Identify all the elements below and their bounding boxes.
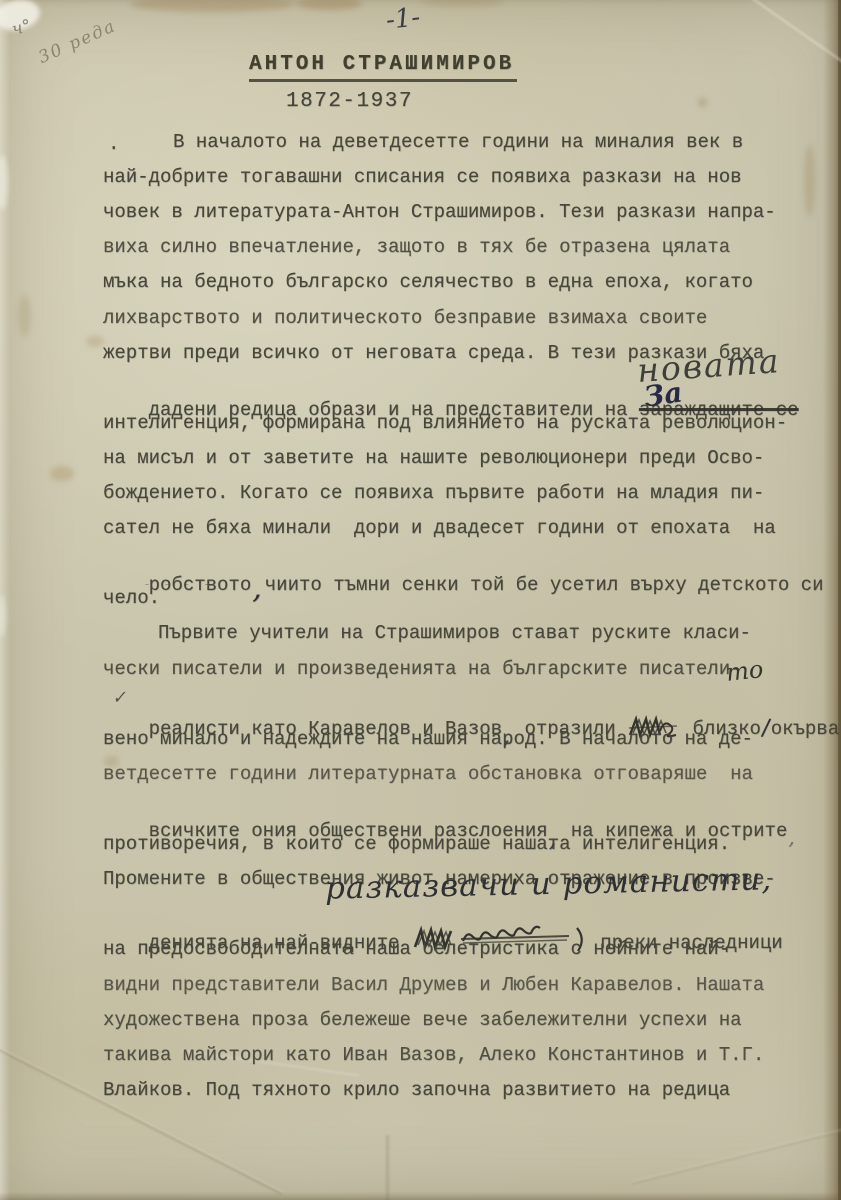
paper-crease: [632, 1117, 841, 1184]
typed-line: ветдесетте години литературната обстанов…: [103, 763, 753, 785]
pencil-note-mark: ч°: [10, 16, 34, 40]
typed-line: видни представители Васил Друмев и Любен…: [103, 974, 764, 996]
typed-line: сател не бяха минали дори и двадесет год…: [103, 517, 776, 539]
erased-marks: - - - -: [145, 577, 215, 591]
paper-crease: [386, 1135, 389, 1200]
inserted-comma-faint: ,: [788, 825, 794, 849]
typed-line: човек в литературата-Антон Страшимиров. …: [103, 201, 776, 223]
inserted-comma: ,: [252, 571, 262, 606]
title-years: 1872-1937: [286, 90, 413, 113]
handwritten-correction-to: то: [725, 655, 765, 687]
typed-line: бождението. Когато се появиха първите ра…: [103, 482, 764, 504]
typed-line: виха силно впечатление, защото в тях бе …: [103, 236, 730, 258]
paper-edge-bottom: [0, 1192, 841, 1200]
typed-line: лихварството и политическото безправие в…: [103, 307, 707, 329]
document-page: ч° 30 реда -1- АНТОН СТРАШИМИРОВ 1872-19…: [0, 0, 841, 1200]
paper-stain: [296, 0, 362, 10]
typed-line: Влайков. Под тяхното крило започна разви…: [103, 1079, 730, 1101]
paper-stain: [698, 98, 707, 107]
document-title: АНТОН СТРАШИМИРОВ: [249, 53, 517, 82]
paper-stain: [804, 145, 815, 217]
typed-line: интелигенция, формирана под влиянието на…: [103, 412, 787, 434]
paper-stain: [420, 0, 504, 7]
page-number: -1-: [385, 2, 422, 35]
paper-tear: [0, 595, 6, 637]
paper-crease: [706, 0, 841, 88]
typed-line: на предосвободителната наша белетристика…: [103, 938, 730, 960]
typed-period: .: [108, 133, 119, 155]
typed-line: на мисъл и от заветите на нашите революц…: [103, 447, 764, 469]
typed-line: чески писатели и произведенията на бълга…: [103, 658, 742, 680]
pencil-margin-note: 30 реда: [36, 16, 120, 68]
typed-line: такива майстори като Иван Вазов, Алеко К…: [103, 1044, 764, 1066]
paper-stain: [130, 0, 295, 12]
margin-check-mark: ✓: [111, 687, 127, 708]
paper-stain: [86, 336, 104, 347]
typed-text: чиито тъмни сенки той бе усетил върху де…: [265, 574, 824, 596]
typed-line: най-добрите тогавашни списания се появих…: [103, 166, 742, 188]
typed-line: В началото на деветдесетте години на мин…: [173, 131, 743, 153]
handwritten-correction-za: За: [642, 375, 685, 413]
paper-edge-left: [0, 0, 10, 1200]
paper-edge-right: [823, 0, 841, 1200]
paper-stain: [50, 466, 74, 481]
typed-line: вено минало и надеждите на нашия народ. …: [103, 728, 753, 750]
typed-line: противоречия, в които се формираше нашат…: [103, 833, 730, 855]
typed-line: художествена проза бележеше вече забележ…: [103, 1009, 742, 1031]
paper-tear: [0, 155, 8, 210]
typed-text: окърва-: [771, 718, 841, 740]
insertion-caret: /: [762, 727, 770, 728]
typed-line: мъка на бедното българско селячество в е…: [103, 271, 753, 293]
typed-line: Първите учители на Страшимиров стават ру…: [158, 622, 751, 644]
paper-stain: [18, 295, 31, 337]
